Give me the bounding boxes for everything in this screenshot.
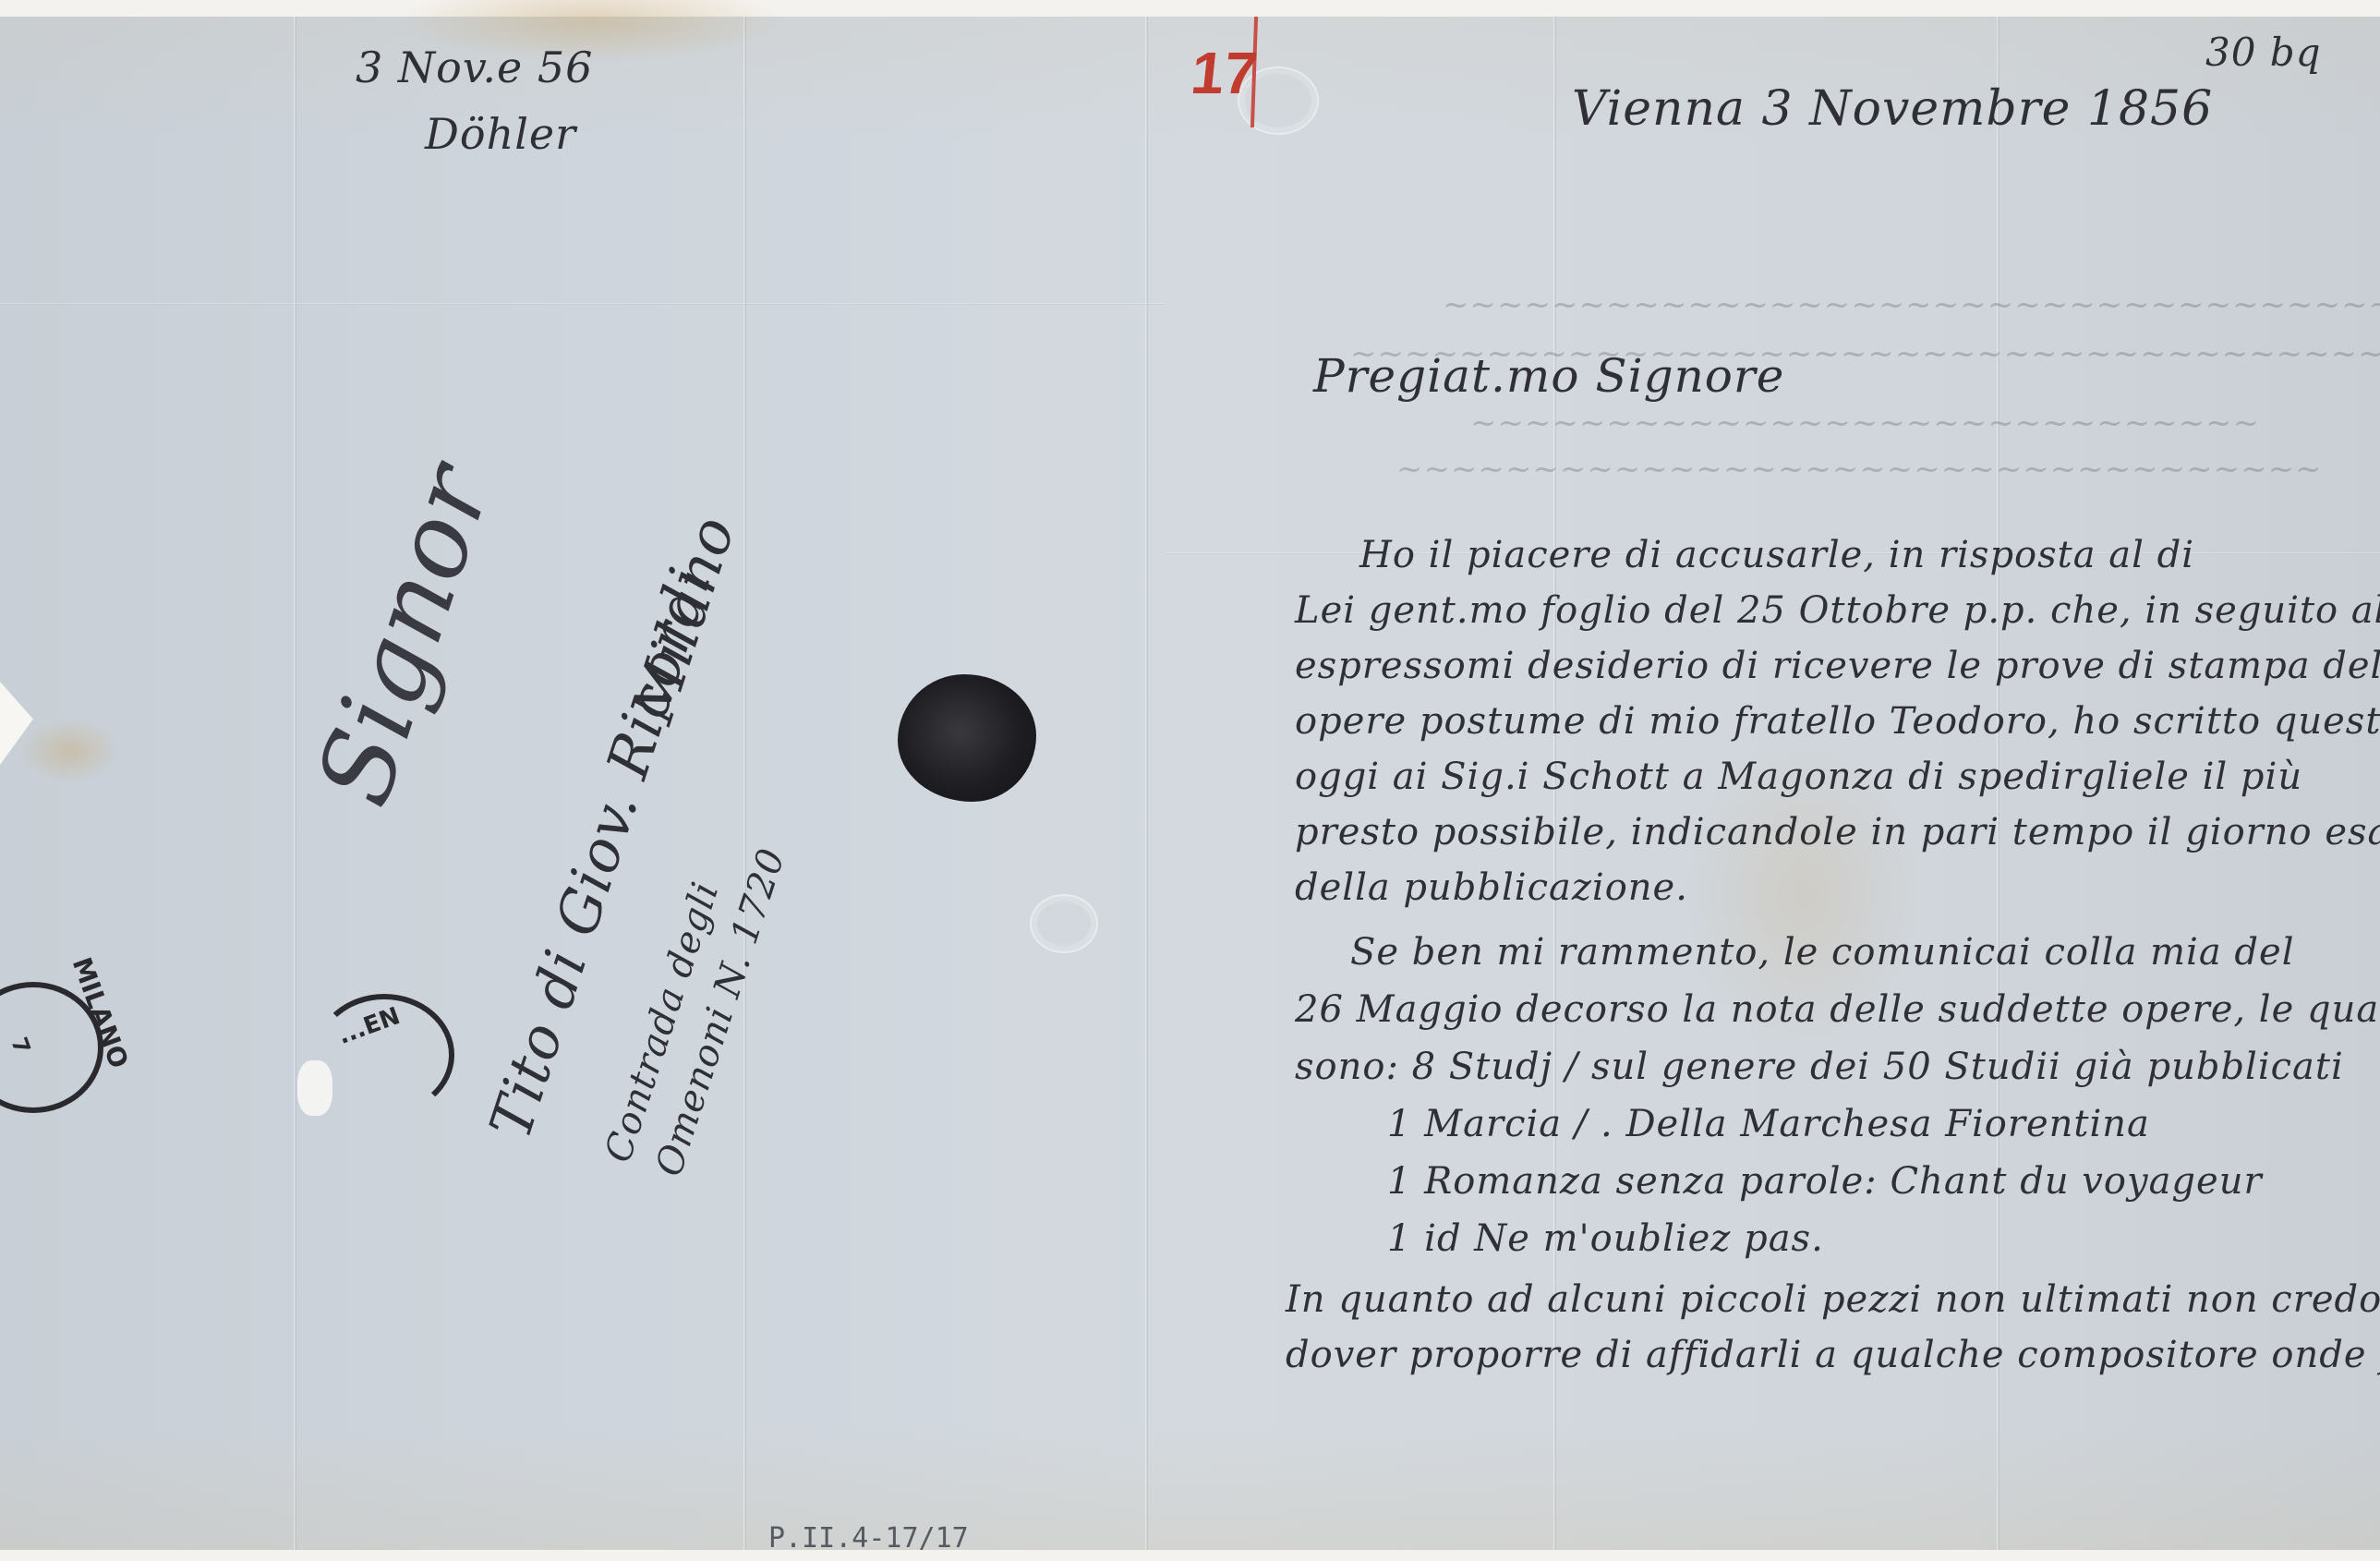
body-line: presto possibile, indicandole in pari te… [1295, 811, 2380, 853]
body-line: 1 id Ne m'oubliez pas. [1387, 1217, 1824, 1260]
body-line: opere postume di mio fratello Teodoro, h… [1295, 700, 2380, 743]
body-line: Se ben mi rammento, le comunicai colla m… [1350, 931, 2294, 974]
address-city: Milano [619, 508, 750, 732]
body-line: Lei gent.mo foglio del 25 Ottobre p.p. c… [1295, 589, 2380, 632]
folio-note: 30 bq [2205, 30, 2322, 75]
wax-seal [898, 674, 1036, 802]
body-line: della pubblicazione. [1295, 866, 1688, 909]
show-through-text: ~~~~~~~~~~~~~~~~~~~~~~~~~~~~~~~~~~~~~~~~… [1443, 286, 2380, 323]
address-salutation: Signor [294, 451, 513, 818]
body-line: 1 Romanza senza parole: Chant du voyageu… [1387, 1160, 2263, 1203]
left-panel-cover: 3 Nov.e 56 Döhler Signor Tito di Giov. R… [0, 17, 1166, 1550]
letter-sheet: 3 Nov.e 56 Döhler Signor Tito di Giov. R… [0, 17, 2380, 1550]
body-line: dover proporre di affidarli a qualche co… [1286, 1334, 2380, 1376]
body-line: oggi ai Sig.i Schott a Magonza di spedir… [1295, 756, 2302, 798]
fold-line [1145, 17, 1148, 1550]
archival-number: 17 [1188, 39, 1261, 107]
body-line: 1 Marcia / . Della Marchesa Fiorentina [1387, 1103, 2150, 1145]
right-panel-letter: 30 bq Vienna 3 Novembre 1856 ~~~~~~~~~~~… [1166, 17, 2380, 1550]
body-line: Ho il piacere di accusarle, in risposta … [1359, 534, 2194, 576]
salutation: Pregiat.mo Signore [1313, 349, 1784, 403]
stain [18, 719, 120, 783]
body-line: espressomi desiderio di ricevere le prov… [1295, 645, 2380, 687]
show-through-text: ~~~~~~~~~~~~~~~~~~~~~~~~~~~~~~~~~~ [1396, 451, 2323, 488]
fold-line [743, 17, 746, 1550]
body-line: In quanto ad alcuni piccoli pezzi non ul… [1286, 1278, 2380, 1321]
embossed-stamp [1030, 894, 1098, 953]
body-line: 26 Maggio decorso la nota delle suddette… [1295, 988, 2380, 1031]
paper-hole [297, 1060, 332, 1116]
catalog-number: P.II.4-17/17 [768, 1522, 969, 1555]
docket-date: 3 Nov.e 56 [356, 42, 593, 92]
docket-sender: Döhler [425, 109, 576, 159]
dateline: Vienna 3 Novembre 1856 [1572, 81, 2213, 137]
horizontal-crease [0, 303, 1166, 305]
fold-line [294, 17, 296, 1550]
body-line: sono: 8 Studj / sul genere dei 50 Studii… [1295, 1046, 2344, 1088]
show-through-text: ~~~~~~~~~~~~~~~~~~~~~~~~~~~~~ [1470, 405, 2260, 442]
